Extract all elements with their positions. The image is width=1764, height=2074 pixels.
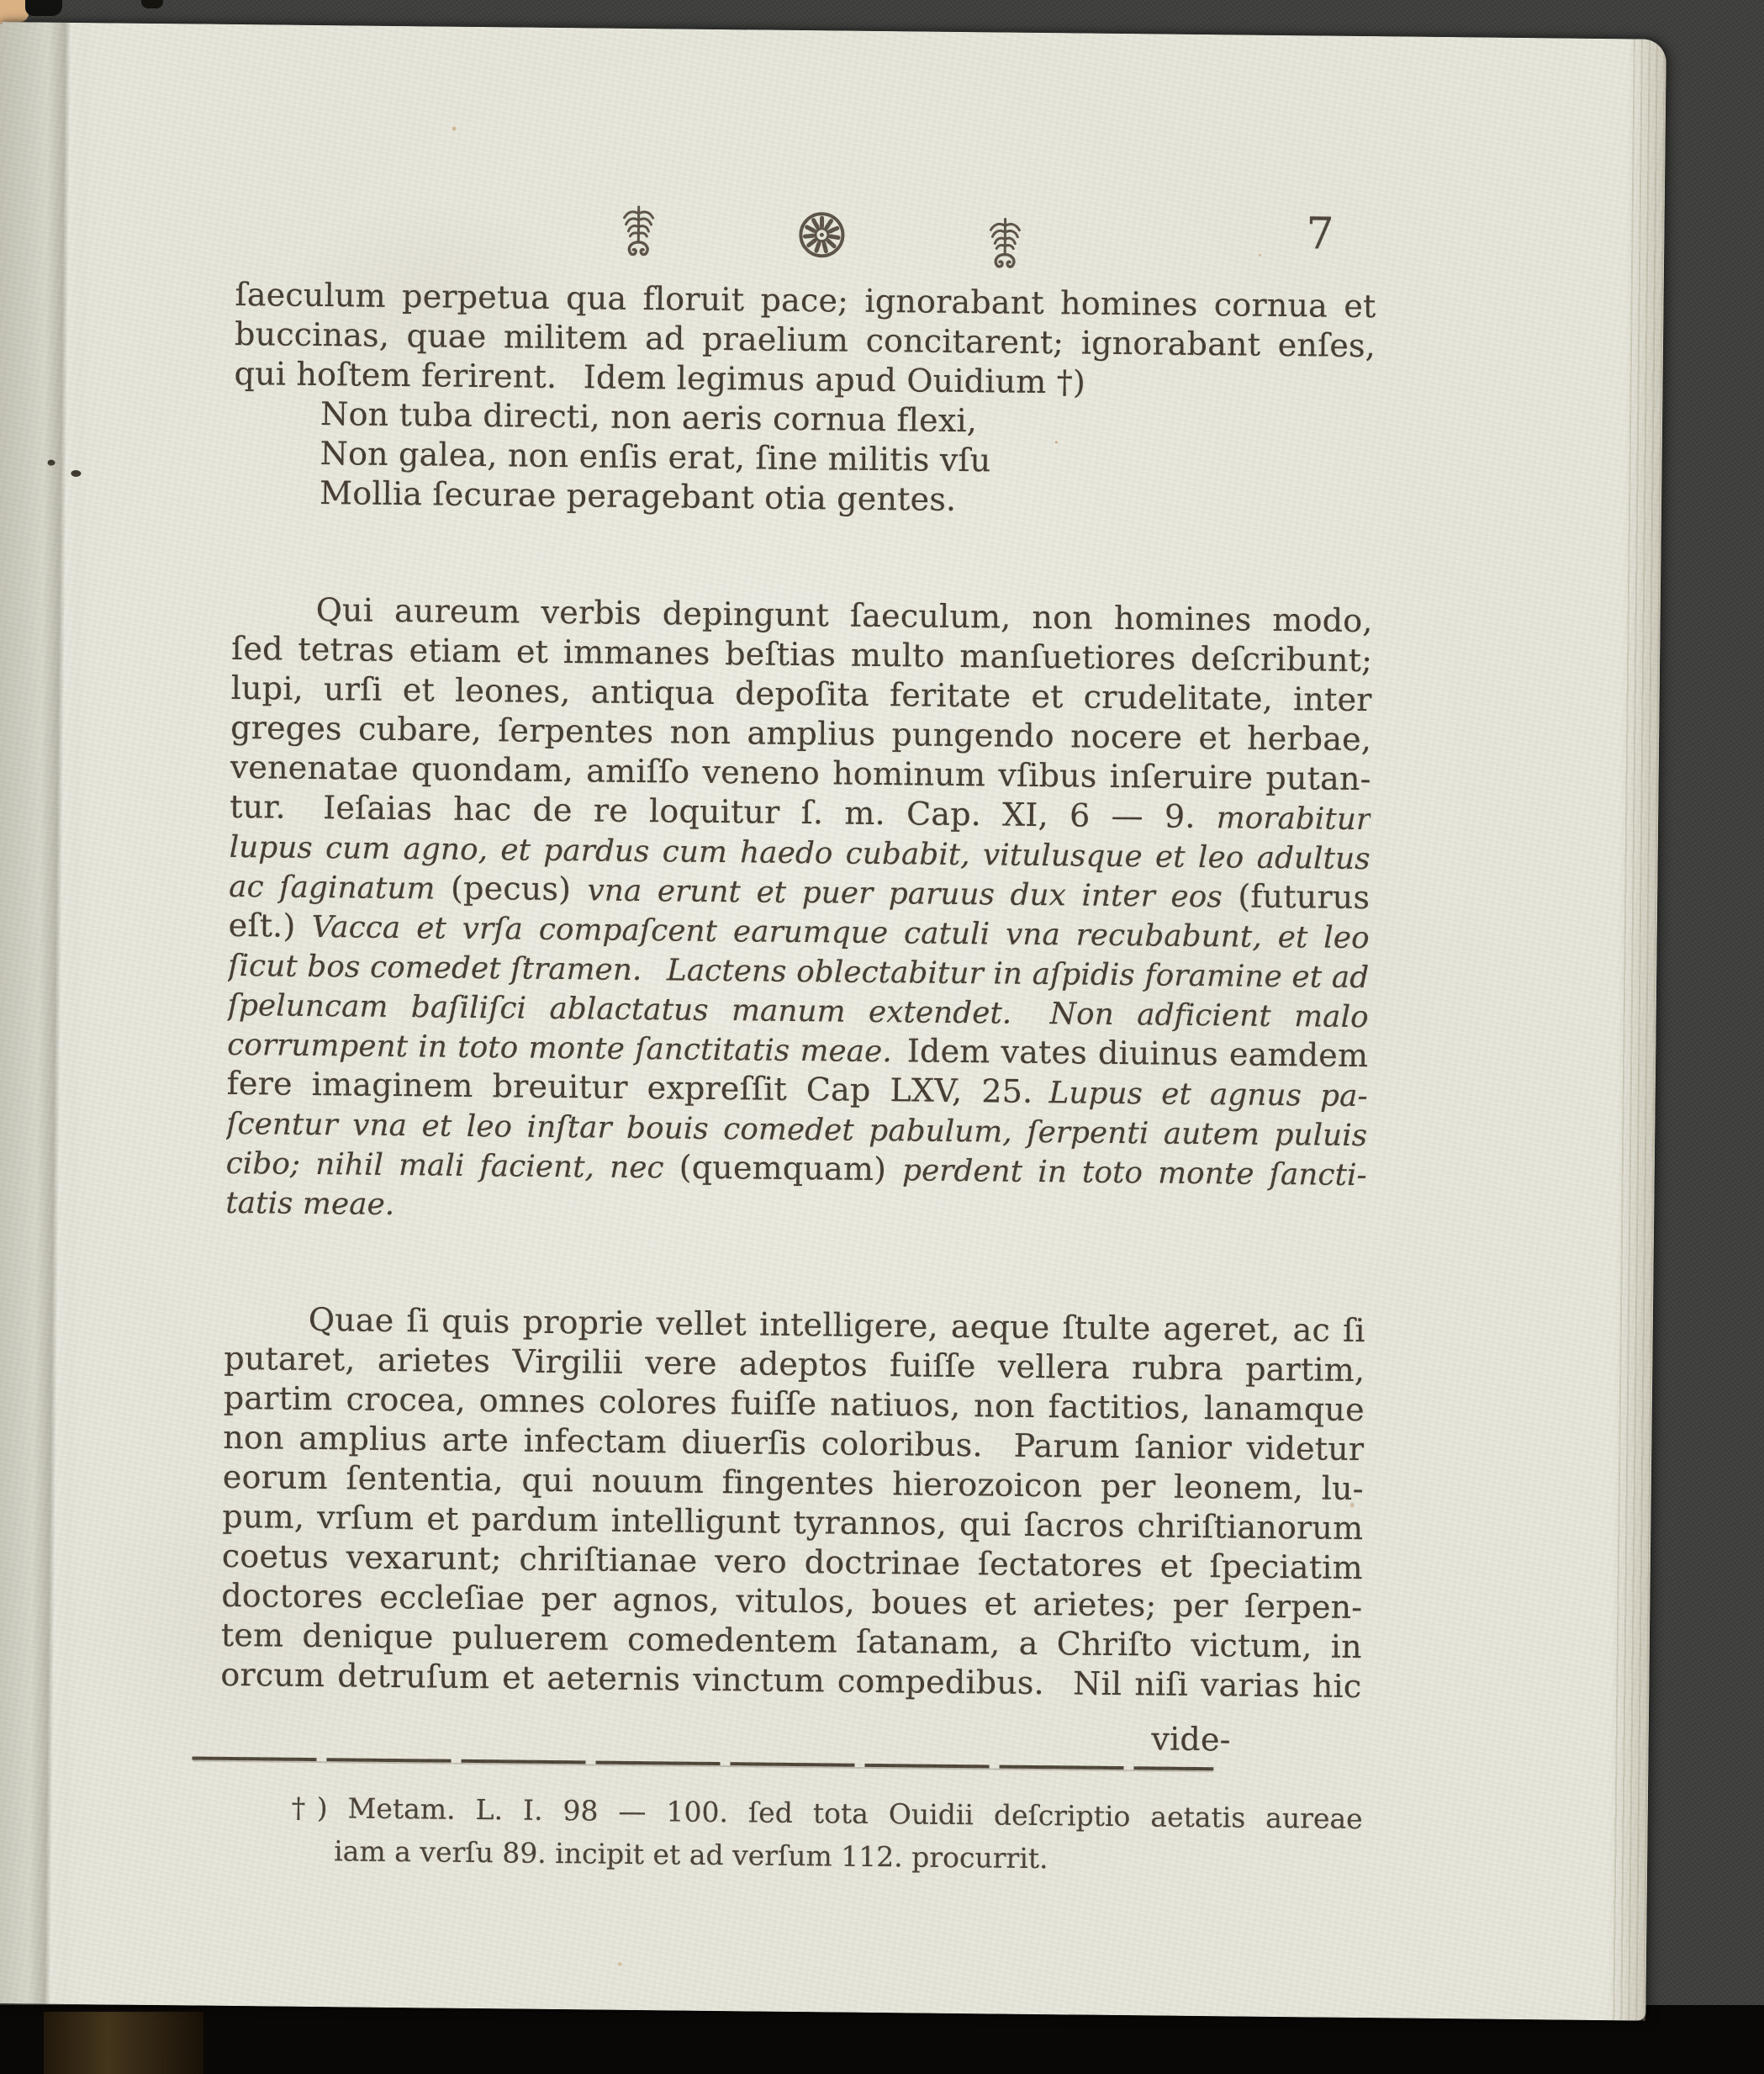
text-segment: eſt.) xyxy=(229,907,312,944)
header-ornament-row: 7 xyxy=(0,22,1666,40)
italic-text-segment: ac ſaginatum xyxy=(229,870,451,907)
italic-text-segment: vna erunt et puer paruus dux inter eos xyxy=(587,873,1238,914)
footnote-text: †) Metam. L. I. 98 — 100. ſed tota Ouidi… xyxy=(219,1786,1363,1883)
page-content: 7 ſaeculum perpetua qua floruit pace; ig… xyxy=(0,22,1666,2021)
leaf-ornament-icon xyxy=(986,214,1024,278)
text-segment: fere imaginem breuitur expreſſit Cap LXV… xyxy=(227,1065,1049,1110)
rosette-ornament-icon xyxy=(797,210,847,263)
book-cover-edge xyxy=(44,2012,203,2074)
text-segment: (futurus xyxy=(1238,877,1370,916)
text-segment: iam a verſu 89. incipit et ad verſum 112… xyxy=(334,1834,1048,1875)
text-segment: Non tuba directi, non aeris cornua flexi… xyxy=(320,395,977,439)
italic-text-segment: corrumpent in toto monte ſanctitatis mea… xyxy=(227,1028,907,1069)
text-segment: (quemquam) xyxy=(679,1149,903,1188)
text-segment: Mollia ſecurae peragebant otia gentes. xyxy=(320,474,957,518)
book-scan: 7 ſaeculum perpetua qua floruit pace; ig… xyxy=(0,0,1764,2074)
italic-text-segment: perdent in toto monte ſancti- xyxy=(902,1153,1367,1193)
binding-shadow xyxy=(25,0,62,16)
text-segment: vide- xyxy=(1151,1720,1231,1758)
italic-text-segment: cibo; nihil mali facient, nec xyxy=(226,1146,679,1186)
adjacent-page-edge xyxy=(0,0,29,22)
italic-text-segment: morabitur xyxy=(1217,801,1371,837)
text-segment: qui hoſtem ferirent. Idem legimus apud O… xyxy=(234,355,1085,401)
page-number: 7 xyxy=(1306,209,1334,259)
text-segment: Non galea, non enſis erat, ſine militis … xyxy=(320,435,990,479)
text-line: vide- xyxy=(220,1710,1361,1761)
body-text: ſaeculum perpetua qua floruit pace; igno… xyxy=(220,275,1376,1761)
italic-text-segment: Lupus et agnus pa- xyxy=(1048,1076,1367,1114)
text-segment: †) Metam. L. I. 98 — 100. ſed tota Ouidi… xyxy=(292,1791,1363,1835)
leaf-ornament-icon xyxy=(620,202,658,266)
text-segment: (pecus) xyxy=(451,870,588,908)
book-page: 7 ſaeculum perpetua qua floruit pace; ig… xyxy=(0,22,1666,2021)
italic-text-segment: tatis meae. xyxy=(225,1186,394,1222)
footnote-separator-rule xyxy=(192,1757,1213,1771)
binding-shadow xyxy=(141,0,163,8)
text-segment: Idem vates diuinus eamdem xyxy=(907,1032,1369,1074)
